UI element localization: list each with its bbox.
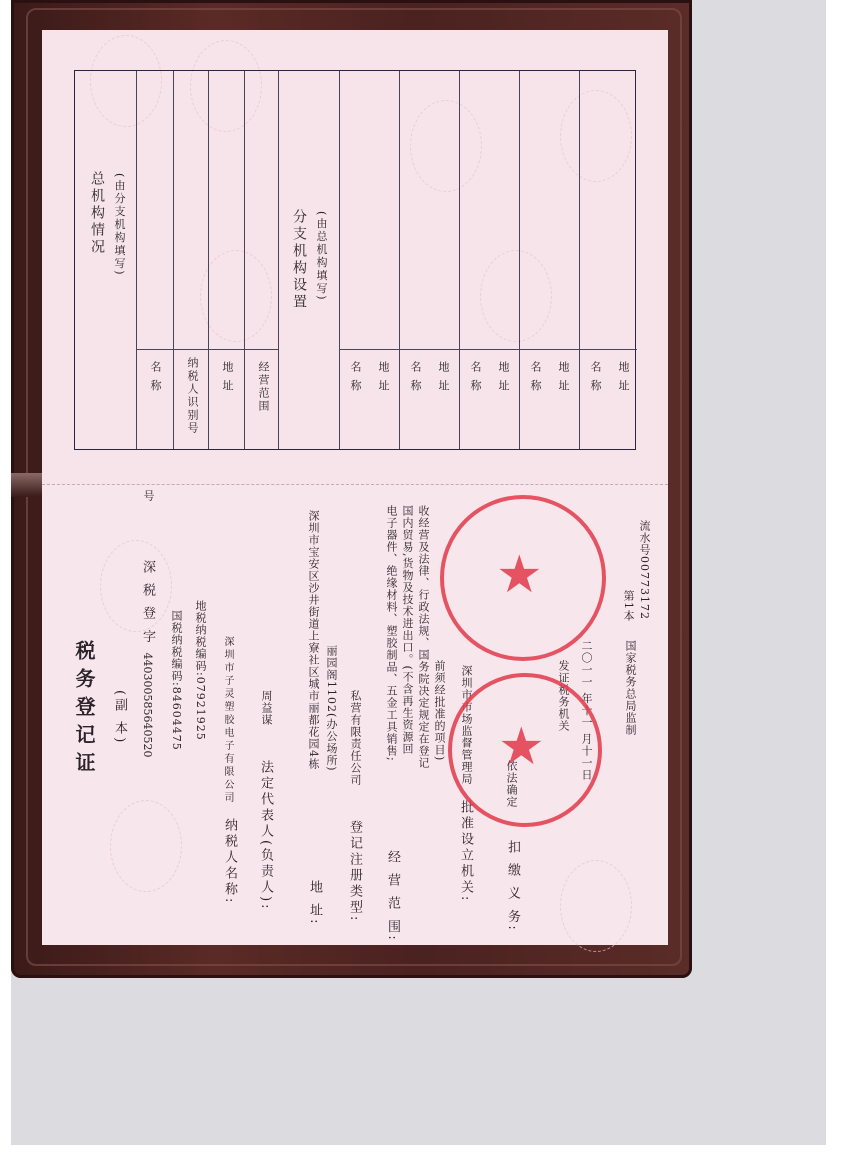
taxpayer-name: 深圳市子灵塑胶电子有限公司 (222, 636, 233, 805)
scope-line-3: 收经营及法律、行政法规、国务院决定规定在登记 (415, 505, 431, 769)
reg-type: 私营有限责任公司 (347, 690, 363, 786)
national-tax-code-line: 国税纳税编码:84604475 (168, 610, 184, 751)
hq-header: 总机构情况 (87, 171, 107, 256)
volume: 第1本 (620, 590, 636, 622)
hq-row-label: 名 称 (147, 361, 163, 393)
watermark-emblem (110, 800, 182, 892)
approval-label: 批准设立机关: (456, 800, 475, 903)
branch-address-label: 地 址 (375, 361, 391, 393)
branch-name-label: 名 称 (587, 361, 603, 393)
branch-address-label: 地 址 (495, 361, 511, 393)
watermark-emblem (560, 860, 632, 952)
branch-note: (由总机构填写) (313, 211, 329, 302)
star-icon: ★ (498, 721, 545, 773)
branch-address-label: 地 址 (615, 361, 631, 393)
legal-rep-label: 法定代表人(负责人): (256, 760, 275, 912)
reg-number: 440300585640520 (141, 653, 154, 758)
hq-row-label: 经营范围 (255, 361, 271, 413)
local-tax-code-label: 地税纳税编码: (194, 600, 207, 677)
reg-number-line: 深 税 登 字 440300585640520 (138, 560, 157, 758)
serial-number: 流水号00773172 (636, 520, 652, 620)
hq-note: (由分支机构填写) (111, 173, 127, 277)
branch-name-label: 名 称 (347, 361, 363, 393)
scope-label: 经 营 范 围: (383, 850, 402, 943)
withholding-label: 扣 缴 义 务: (503, 840, 522, 933)
cover-spine (11, 473, 42, 497)
taxpayer-name-line: 深圳市子灵塑胶电子有限公司 (220, 636, 235, 805)
certificate-subtitle: (副 本) (110, 690, 129, 745)
branch-name-label: 名 称 (467, 361, 483, 393)
national-tax-seal: ★ (448, 673, 602, 827)
supervisor: 国家税务总局监制 (622, 640, 638, 736)
watermark-emblem (100, 540, 172, 632)
national-tax-code-label: 国税纳税编码: (170, 610, 183, 687)
branch-header: 分支机构设置 (289, 209, 309, 311)
reg-suffix: 号 (140, 490, 156, 502)
branch-name-label: 名 称 (407, 361, 423, 393)
hq-row-label: 地 址 (219, 361, 235, 393)
legal-rep: 周益谋 (258, 690, 274, 726)
branch-name-label: 名 称 (527, 361, 543, 393)
address-label: 地 址: (305, 880, 324, 927)
branch-address-label: 地 址 (435, 361, 451, 393)
scope-line-2: 国内贸易,货物及技术进出口。(不含再生资源回 (399, 505, 415, 755)
star-icon: ★ (496, 549, 543, 601)
branch-address-label: 地 址 (555, 361, 571, 393)
hq-row-label: 纳税人识别号 (184, 357, 200, 435)
scope-line-4: 前须经批准的项目) (431, 660, 447, 761)
reg-prefix: 深 税 登 字 (140, 560, 155, 645)
page-fold (42, 484, 668, 485)
certificate-title: 税务登记证 (70, 640, 99, 780)
branch-table: 总机构情况 (由分支机构填写) 名 称 纳税人识别号 地 址 经营范围 分支机构… (74, 70, 636, 450)
address-line-2: 丽园阁1102(办公场所) (323, 645, 339, 772)
national-tax-code: 84604475 (170, 687, 183, 751)
local-tax-code: 07921925 (194, 677, 207, 741)
taxpayer-name-label: 纳税人名称: (220, 818, 239, 905)
reg-type-label: 登记注册类型: (345, 820, 364, 923)
scope-line-1: 电子器件、绝缘材料、塑胶制品、五金工具销售; (383, 505, 399, 762)
local-tax-seal: ★ (440, 495, 606, 661)
address-line-1: 深圳市宝安区沙井街道上寮社区城市丽都花园4栋 (305, 510, 321, 770)
local-tax-code-line: 地税纳税编码:07921925 (192, 600, 208, 741)
